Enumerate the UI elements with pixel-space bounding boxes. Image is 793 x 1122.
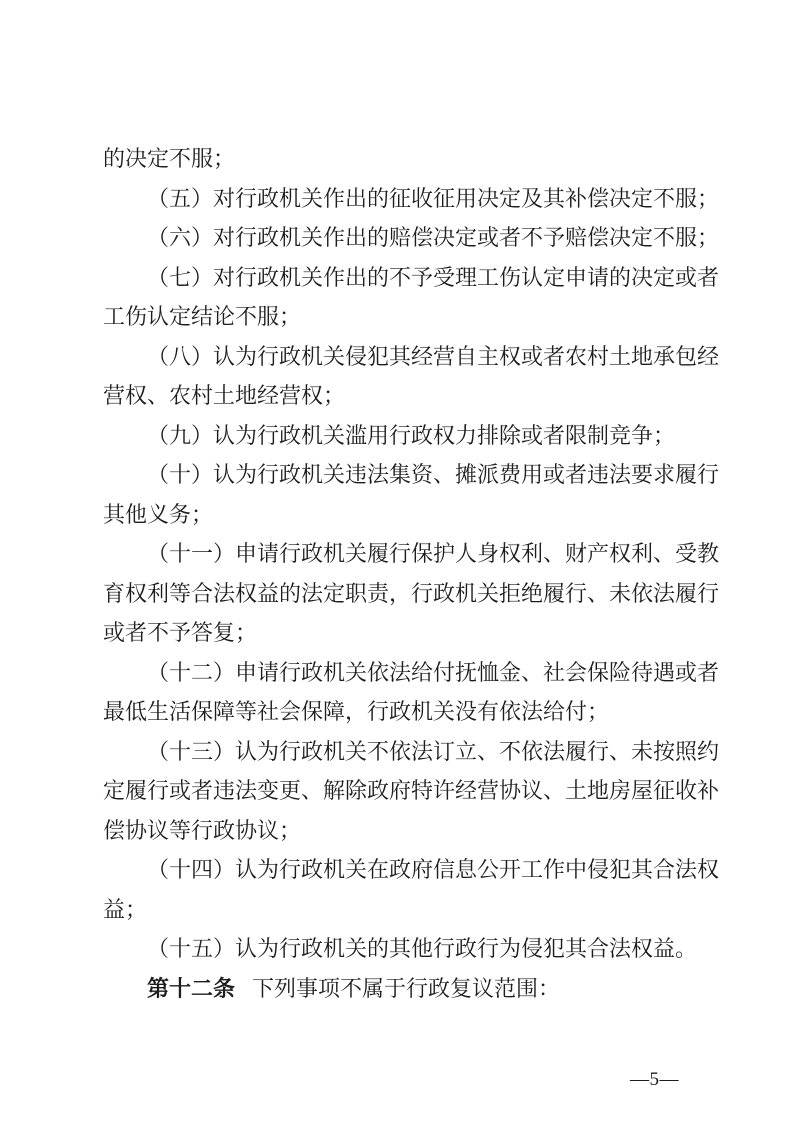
text-line: （六）对行政机关作出的赔偿决定或者不予赔偿决定不服； <box>103 218 719 258</box>
article-number: 第十二条 <box>147 976 235 1001</box>
text-line: （十二）申请行政机关依法给付抚恤金、社会保险待遇或者 <box>103 653 719 693</box>
text-line: 益； <box>103 890 719 930</box>
text-line: 最低生活保障等社会保障，行政机关没有依法给付； <box>103 692 719 732</box>
text-line: 育权利等合法权益的法定职责，行政机关拒绝履行、未依法履行 <box>103 574 719 614</box>
document-page: 的决定不服；（五）对行政机关作出的征收征用决定及其补偿决定不服；（六）对行政机关… <box>0 0 793 1122</box>
text-block: 的决定不服；（五）对行政机关作出的征收征用决定及其补偿决定不服；（六）对行政机关… <box>103 139 719 1008</box>
text-line: 或者不予答复； <box>103 613 719 653</box>
text-line: 第十二条下列事项不属于行政复议范围： <box>103 969 719 1009</box>
text-line: （十五）认为行政机关的其他行政行为侵犯其合法权益。 <box>103 929 719 969</box>
text-line: 工伤认定结论不服； <box>103 297 719 337</box>
text-line: 偿协议等行政协议； <box>103 811 719 851</box>
text-line: （五）对行政机关作出的征收征用决定及其补偿决定不服； <box>103 179 719 219</box>
article-text: 下列事项不属于行政复议范围： <box>252 976 560 1001</box>
text-line: （十）认为行政机关违法集资、摊派费用或者违法要求履行 <box>103 455 719 495</box>
text-line: （八）认为行政机关侵犯其经营自主权或者农村土地承包经 <box>103 337 719 377</box>
text-line: 其他义务； <box>103 495 719 535</box>
text-line: （十四）认为行政机关在政府信息公开工作中侵犯其合法权 <box>103 850 719 890</box>
text-line: 的决定不服； <box>103 139 719 179</box>
text-line: 定履行或者违法变更、解除政府特许经营协议、土地房屋征收补 <box>103 771 719 811</box>
text-line: （十一）申请行政机关履行保护人身权利、财产权利、受教 <box>103 534 719 574</box>
text-line: （十三）认为行政机关不依法订立、不依法履行、未按照约 <box>103 732 719 772</box>
text-line: （九）认为行政机关滥用行政权力排除或者限制竞争； <box>103 416 719 456</box>
text-line: 营权、农村土地经营权； <box>103 376 719 416</box>
page-number: —5— <box>630 1066 679 1094</box>
text-line: （七）对行政机关作出的不予受理工伤认定申请的决定或者 <box>103 258 719 298</box>
